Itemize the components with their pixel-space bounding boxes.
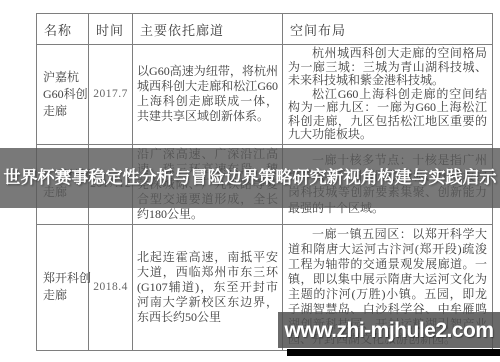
- bottom-black-bar: [287, 349, 500, 356]
- site-url-text: www.zhi-mjhule2.com: [278, 312, 500, 350]
- layout-cell: 杭州城西科创大走廊的空间格局为一廊三城：三城为青山湖科技城、未来科技城和紫金港科…: [283, 45, 493, 145]
- name-cell: 沪嘉杭 G60科创 走廊: [37, 45, 89, 145]
- corridor-cell: 以G60高速为纽带，将杭州城西科创大走廊和松江G60上海科创走廊联成一体，共建共…: [133, 45, 283, 145]
- name-line: G60科创: [43, 86, 88, 103]
- header-layout: 空间布局: [283, 14, 493, 45]
- table-header-row: 名称 时间 主要依托廊道 空间布局: [37, 14, 493, 45]
- layout-paragraph: 松江G60上海科创走廊的空间结构为一廊九区：一廊为G60上海松江科创走廊，九区包…: [288, 88, 487, 142]
- time-cell: 2017.7: [89, 45, 133, 145]
- watermark-banner-text: 世界杯赛事稳定性分析与冒险边界策略研究新视角构建与实践启示: [0, 148, 500, 208]
- time-cell: 2018.4: [89, 224, 133, 350]
- center-watermark-banner: 世界杯赛事稳定性分析与冒险边界策略研究新视角构建与实践启示: [0, 148, 500, 208]
- header-time: 时间: [89, 14, 133, 45]
- header-corridor: 主要依托廊道: [133, 14, 283, 45]
- name-line: 走廊: [43, 287, 88, 304]
- table-row: 沪嘉杭 G60科创 走廊 2017.7 以G60高速为纽带，将杭州城西科创大走廊…: [37, 45, 493, 145]
- header-name: 名称: [37, 14, 89, 45]
- name-line: 走廊: [43, 103, 88, 120]
- corridor-cell: 北起连霍高速，南抵平安大道，西临郑州市东三环(G107辅道)，东至开封市河南大学…: [133, 224, 283, 350]
- site-watermark: www.zhi-mjhule2.com: [278, 312, 500, 348]
- name-line: 沪嘉杭: [43, 69, 88, 86]
- page: 名称 时间 主要依托廊道 空间布局 沪嘉杭 G60科创 走廊 2017.7 以G…: [0, 0, 500, 362]
- name-cell: 郑开科创 走廊: [37, 224, 89, 350]
- name-line: 郑开科创: [43, 270, 88, 287]
- layout-paragraph: 杭州城西科创大走廊的空间格局为一廊三城：三城为青山湖科技城、未来科技城和紫金港科…: [288, 47, 487, 88]
